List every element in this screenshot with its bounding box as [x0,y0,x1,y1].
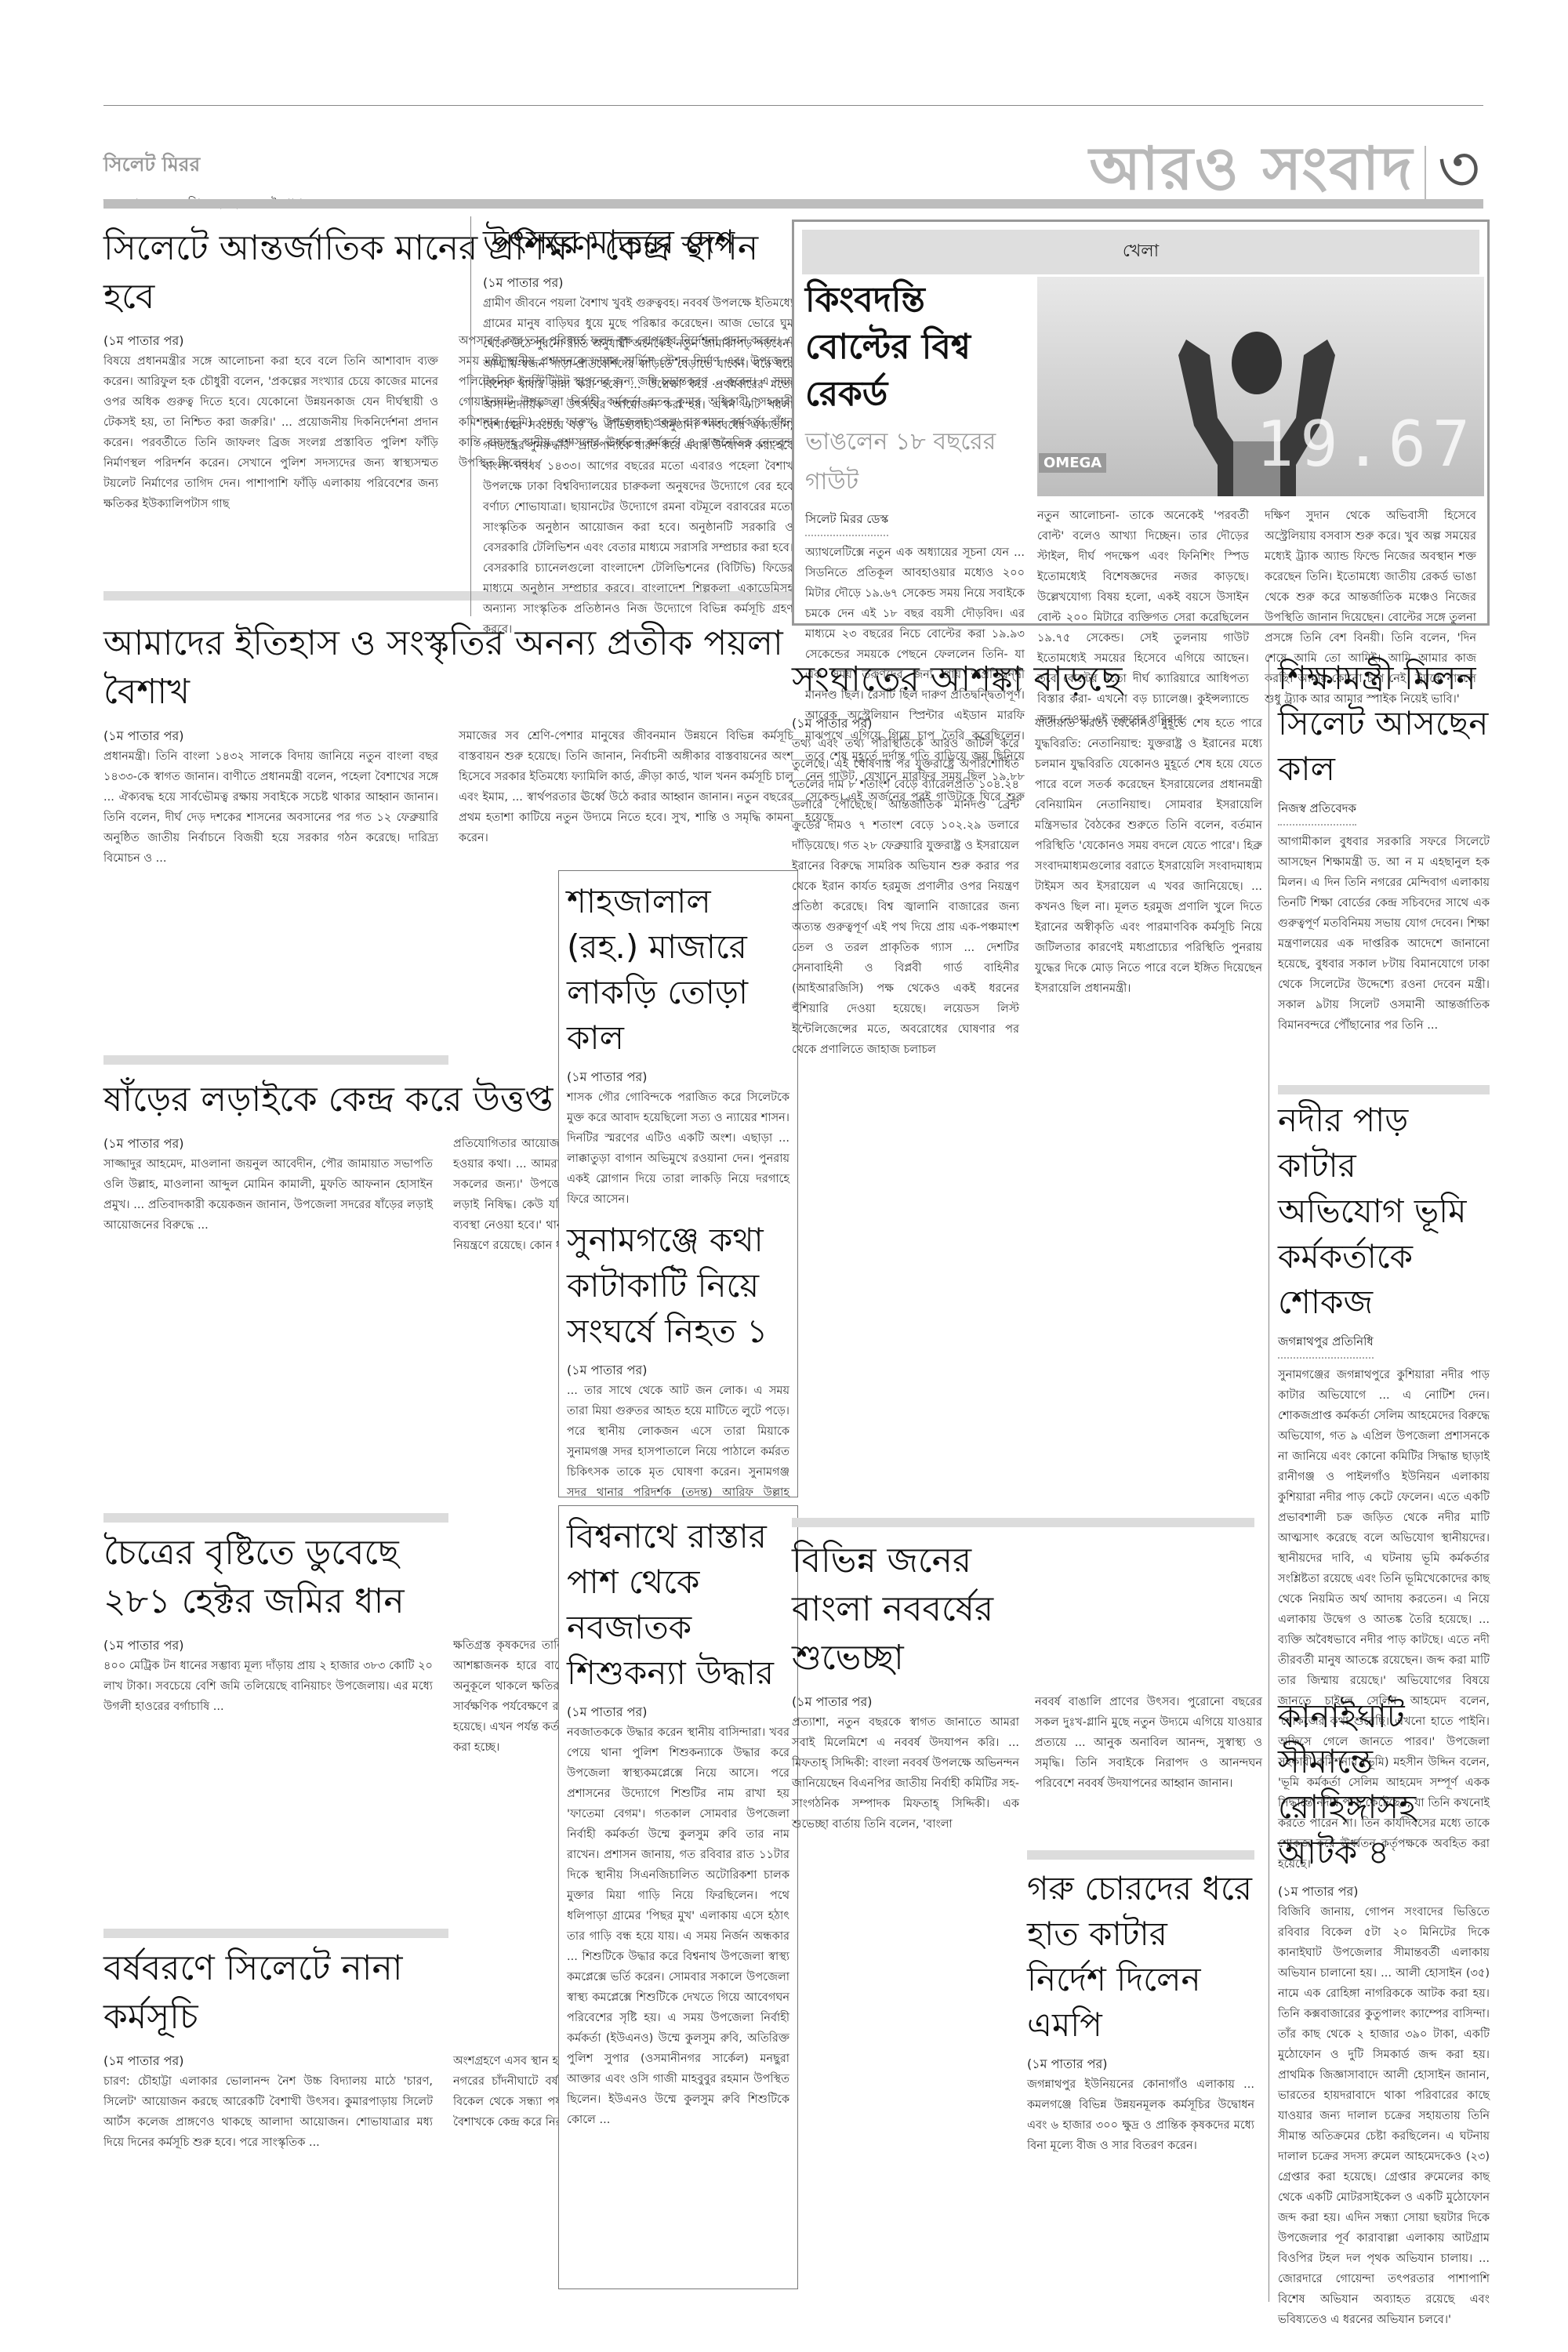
paper-name: সিলেট মিরর [103,149,339,183]
box-sports: খেলা কিংবদন্তি বোল্টের বিশ্ব রেকর্ড ভাঙল… [792,220,1490,626]
story-minister: শিক্ষামন্ত্রী মিলন সিলেট আসছেন কাল নিজস্… [1278,655,1490,1036]
story-column: (১ম পাতার পর) তথ্য এবং তথ্য পরিস্থিতিকে … [792,713,1019,1060]
headline: সুনামগঞ্জে কথা কাটাকাটি নিয়ে সংঘর্ষে নি… [567,1218,789,1354]
story-column: (১ম পাতার পর) বিষয়ে প্রধানমন্ত্রীর সঙ্গ… [103,331,438,514]
continued-label: (১ম পাতার পর) [103,331,438,351]
athlete-photo: OMEGA 19.67 [1037,277,1484,496]
byline: সিলেট মিরর ডেস্ক [805,510,888,536]
story-body: সাজ্জাদুর আহমেদ, মাওলানা জয়নুল আবেদীন, … [103,1158,433,1232]
headline: কানাইঘাট সীমান্তে রোহিঙ্গাসহ আটক ৪ [1278,1693,1490,1875]
continued-label: (১ম পাতার পর) [567,1067,789,1087]
headline: উৎসবে মাতবে দেশ [483,220,793,265]
continued-label: (১ম পাতার পর) [1027,2054,1254,2074]
story-heritage: আমাদের ইতিহাস ও সংস্কৃতির অনন্য প্রতীক প… [103,619,793,869]
sports-subheadline: ভাঙলেন ১৮ বছরের গাউট [805,423,1025,503]
continued-label: (১ম পাতার পর) [792,1692,1019,1712]
story-rohingya: কানাইঘাট সীমান্তে রোহিঙ্গাসহ আটক ৪ (১ম প… [1278,1693,1490,2330]
story-greetings: বিভিন্ন জনের বাংলা নববর্ষের শুভেচ্ছা (১ম… [792,1537,1262,1835]
headline: শিক্ষামন্ত্রী মিলন সিলেট আসছেন কাল [1278,655,1490,792]
story-cattle-thief: গরু চোরদের ধরে হাত কাটার নির্দেশ দিলেন এ… [1027,1866,1254,2156]
story-column: আগামীকাল বুধবার সরকারি সফরে সিলেটে আসছেন… [1278,832,1490,1036]
story-column: (১ম পাতার পর) ৪০০ মেট্রিক টন ধানের সম্ভা… [103,1635,433,1758]
continued-label: (১ম পাতার পর) [103,2051,433,2071]
box-biswanath: বিশ্বনাথে রাস্তার পাশ থেকে নবজাতক শিশুকন… [558,1505,798,2289]
header-band [103,199,1483,209]
story-column: (১ম পাতার পর) গ্রামীণ জীবনে পয়লা বৈশাখ … [483,273,793,640]
story-body: সমাজের সব শ্রেণি-পেশার মানুষের জীবনমান উ… [459,730,793,844]
byline: নিজস্ব প্রতিবেদক [1278,800,1356,826]
story-festival: উৎসবে মাতবে দেশ (১ম পাতার পর) গ্রামীণ জী… [483,220,793,640]
continued-label: (১ম পাতার পর) [1278,1882,1490,1902]
story-body: জগন্নাথপুর ইউনিয়নের কোনাগাঁও এলাকায় ..… [1027,2078,1254,2152]
story-column: (১ম পাতার পর) শাসক গৌর গোবিন্দকে পরাজিত … [567,1067,789,1210]
continued-label: (১ম পাতার পর) [567,1702,789,1722]
divider [103,1929,448,1938]
story-body: বিজিবি জানায়, গোপন সংবাদের ভিত্তিতে রবি… [1278,1906,1490,2326]
continued-label: (১ম পাতার পর) [103,726,438,746]
divider [1027,1850,1254,1860]
story-body: চারণ: চৌহাট্টা এলাকার ভোলানন্দ নৈশ উচ্চ … [103,2075,433,2149]
story-body: প্রধানমন্ত্রী। তিনি বাংলা ১৪৩২ সালকে বিদ… [103,750,438,865]
story-body: আগামীকাল বুধবার সরকারি সফরে সিলেটে আসছেন… [1278,836,1490,1032]
divider [792,1518,1254,1527]
sports-headline: কিংবদন্তি বোল্টের বিশ্ব রেকর্ড [805,277,1025,418]
story-column: যাতায়াত করত। যেকোনও মুহূর্তে শেষ হতে পা… [1035,713,1262,1060]
top-rule [103,105,1483,106]
headline: বর্ষবরণে সিলেটে নানা কর্মসূচি [103,1944,464,2042]
divider [103,1055,448,1065]
story-body: নববর্ষ বাঙালি প্রাণের উৎসব। পুরোনো বছরের… [1035,1696,1262,1790]
headline: সংঘাতের আশঙ্কা বাড়ছে [792,655,1262,704]
story-column: সমাজের সব শ্রেণি-পেশার মানুষের জীবনমান উ… [459,726,793,869]
headline: বিশ্বনাথে রাস্তার পাশ থেকে নবজাতক শিশুকন… [567,1514,789,1696]
section-separator [1425,146,1426,201]
column-rule [1269,655,1269,2302]
section-heading-sports: খেলা [802,230,1479,274]
headline: বিভিন্ন জনের বাংলা নববর্ষের শুভেচ্ছা [792,1537,1027,1682]
section-title: আরও সংবাদ ৩ [1089,118,1480,228]
story-body: যাতায়াত করত। যেকোনও মুহূর্তে শেষ হতে পা… [1035,717,1262,995]
headline: নদীর পাড় কাটার অভিযোগ ভূমি কর্মকর্তাকে … [1278,1098,1490,1325]
column-rule [470,216,471,616]
headline: গরু চোরদের ধরে হাত কাটার নির্দেশ দিলেন এ… [1027,1866,1254,2048]
story-column: (১ম পাতার পর) নবজাতককে উদ্ধার করেন স্থান… [567,1702,789,2130]
story-column: নববর্ষ বাঙালি প্রাণের উৎসব। পুরোনো বছরের… [1035,1692,1262,1835]
byline: জগন্নাথপুর প্রতিনিধি [1278,1333,1374,1359]
story-body: গ্রামীণ জীবনে পয়লা বৈশাখ খুবই গুরুত্ববহ… [483,297,793,636]
story-body: বিষয়ে প্রধানমন্ত্রীর সঙ্গে আলোচনা করা হ… [103,355,438,510]
continued-label: (১ম পাতার পর) [567,1360,789,1381]
story-body: শাসক গৌর গোবিন্দকে পরাজিত করে সিলেটকে মু… [567,1091,789,1206]
box-shahjalal-sunamganj: শাহজালাল (রহ.) মাজারে লাকড়ি তোড়া কাল (… [558,870,798,1497]
story-column: (১ম পাতার পর) প্রত্যাশা, নতুন বছরকে স্বা… [792,1692,1019,1835]
headline: চৈত্রের বৃষ্টিতে ডুবেছে ২৮১ হেক্টর জমির … [103,1529,464,1626]
omega-logo: OMEGA [1039,453,1106,473]
story-column: (১ম পাতার পর) বিজিবি জানায়, গোপন সংবাদে… [1278,1882,1490,2330]
scoreboard: 19.67 [1256,408,1476,481]
story-body: ৪০০ মেট্রিক টন ধানের সম্ভাব্য মূল্য দাঁড… [103,1660,433,1713]
continued-label: (১ম পাতার পর) [103,1134,433,1154]
story-conflict: সংঘাতের আশঙ্কা বাড়ছে (১ম পাতার পর) তথ্য… [792,655,1262,1060]
story-column: (১ম পাতার পর) সাজ্জাদুর আহমেদ, মাওলানা জ… [103,1134,433,1256]
continued-label: (১ম পাতার পর) [483,273,793,293]
story-column: (১ম পাতার পর) প্রধানমন্ত্রী। তিনি বাংলা … [103,726,438,869]
story-body: তথ্য এবং তথ্য পরিস্থিতিকে আরও জটিল করে ত… [792,738,1019,1056]
story-column: (১ম পাতার পর) চারণ: চৌহাট্টা এলাকার ভোলা… [103,2051,433,2153]
continued-label: (১ম পাতার পর) [103,1635,433,1656]
story-body: নবজাতককে উদ্ধার করেন স্থানীয় বাসিন্দারা… [567,1726,789,2126]
divider [1278,1085,1490,1094]
continued-label: (১ম পাতার পর) [792,713,1019,734]
divider [103,1513,448,1523]
story-column: (১ম পাতার পর) জগন্নাথপুর ইউনিয়নের কোনাগ… [1027,2054,1254,2156]
page-number: ৩ [1437,118,1480,228]
story-body: প্রত্যাশা, নতুন বছরকে স্বাগত জানাতে আমরা… [792,1716,1019,1831]
headline: শাহজালাল (রহ.) মাজারে লাকড়ি তোড়া কাল [567,879,789,1061]
